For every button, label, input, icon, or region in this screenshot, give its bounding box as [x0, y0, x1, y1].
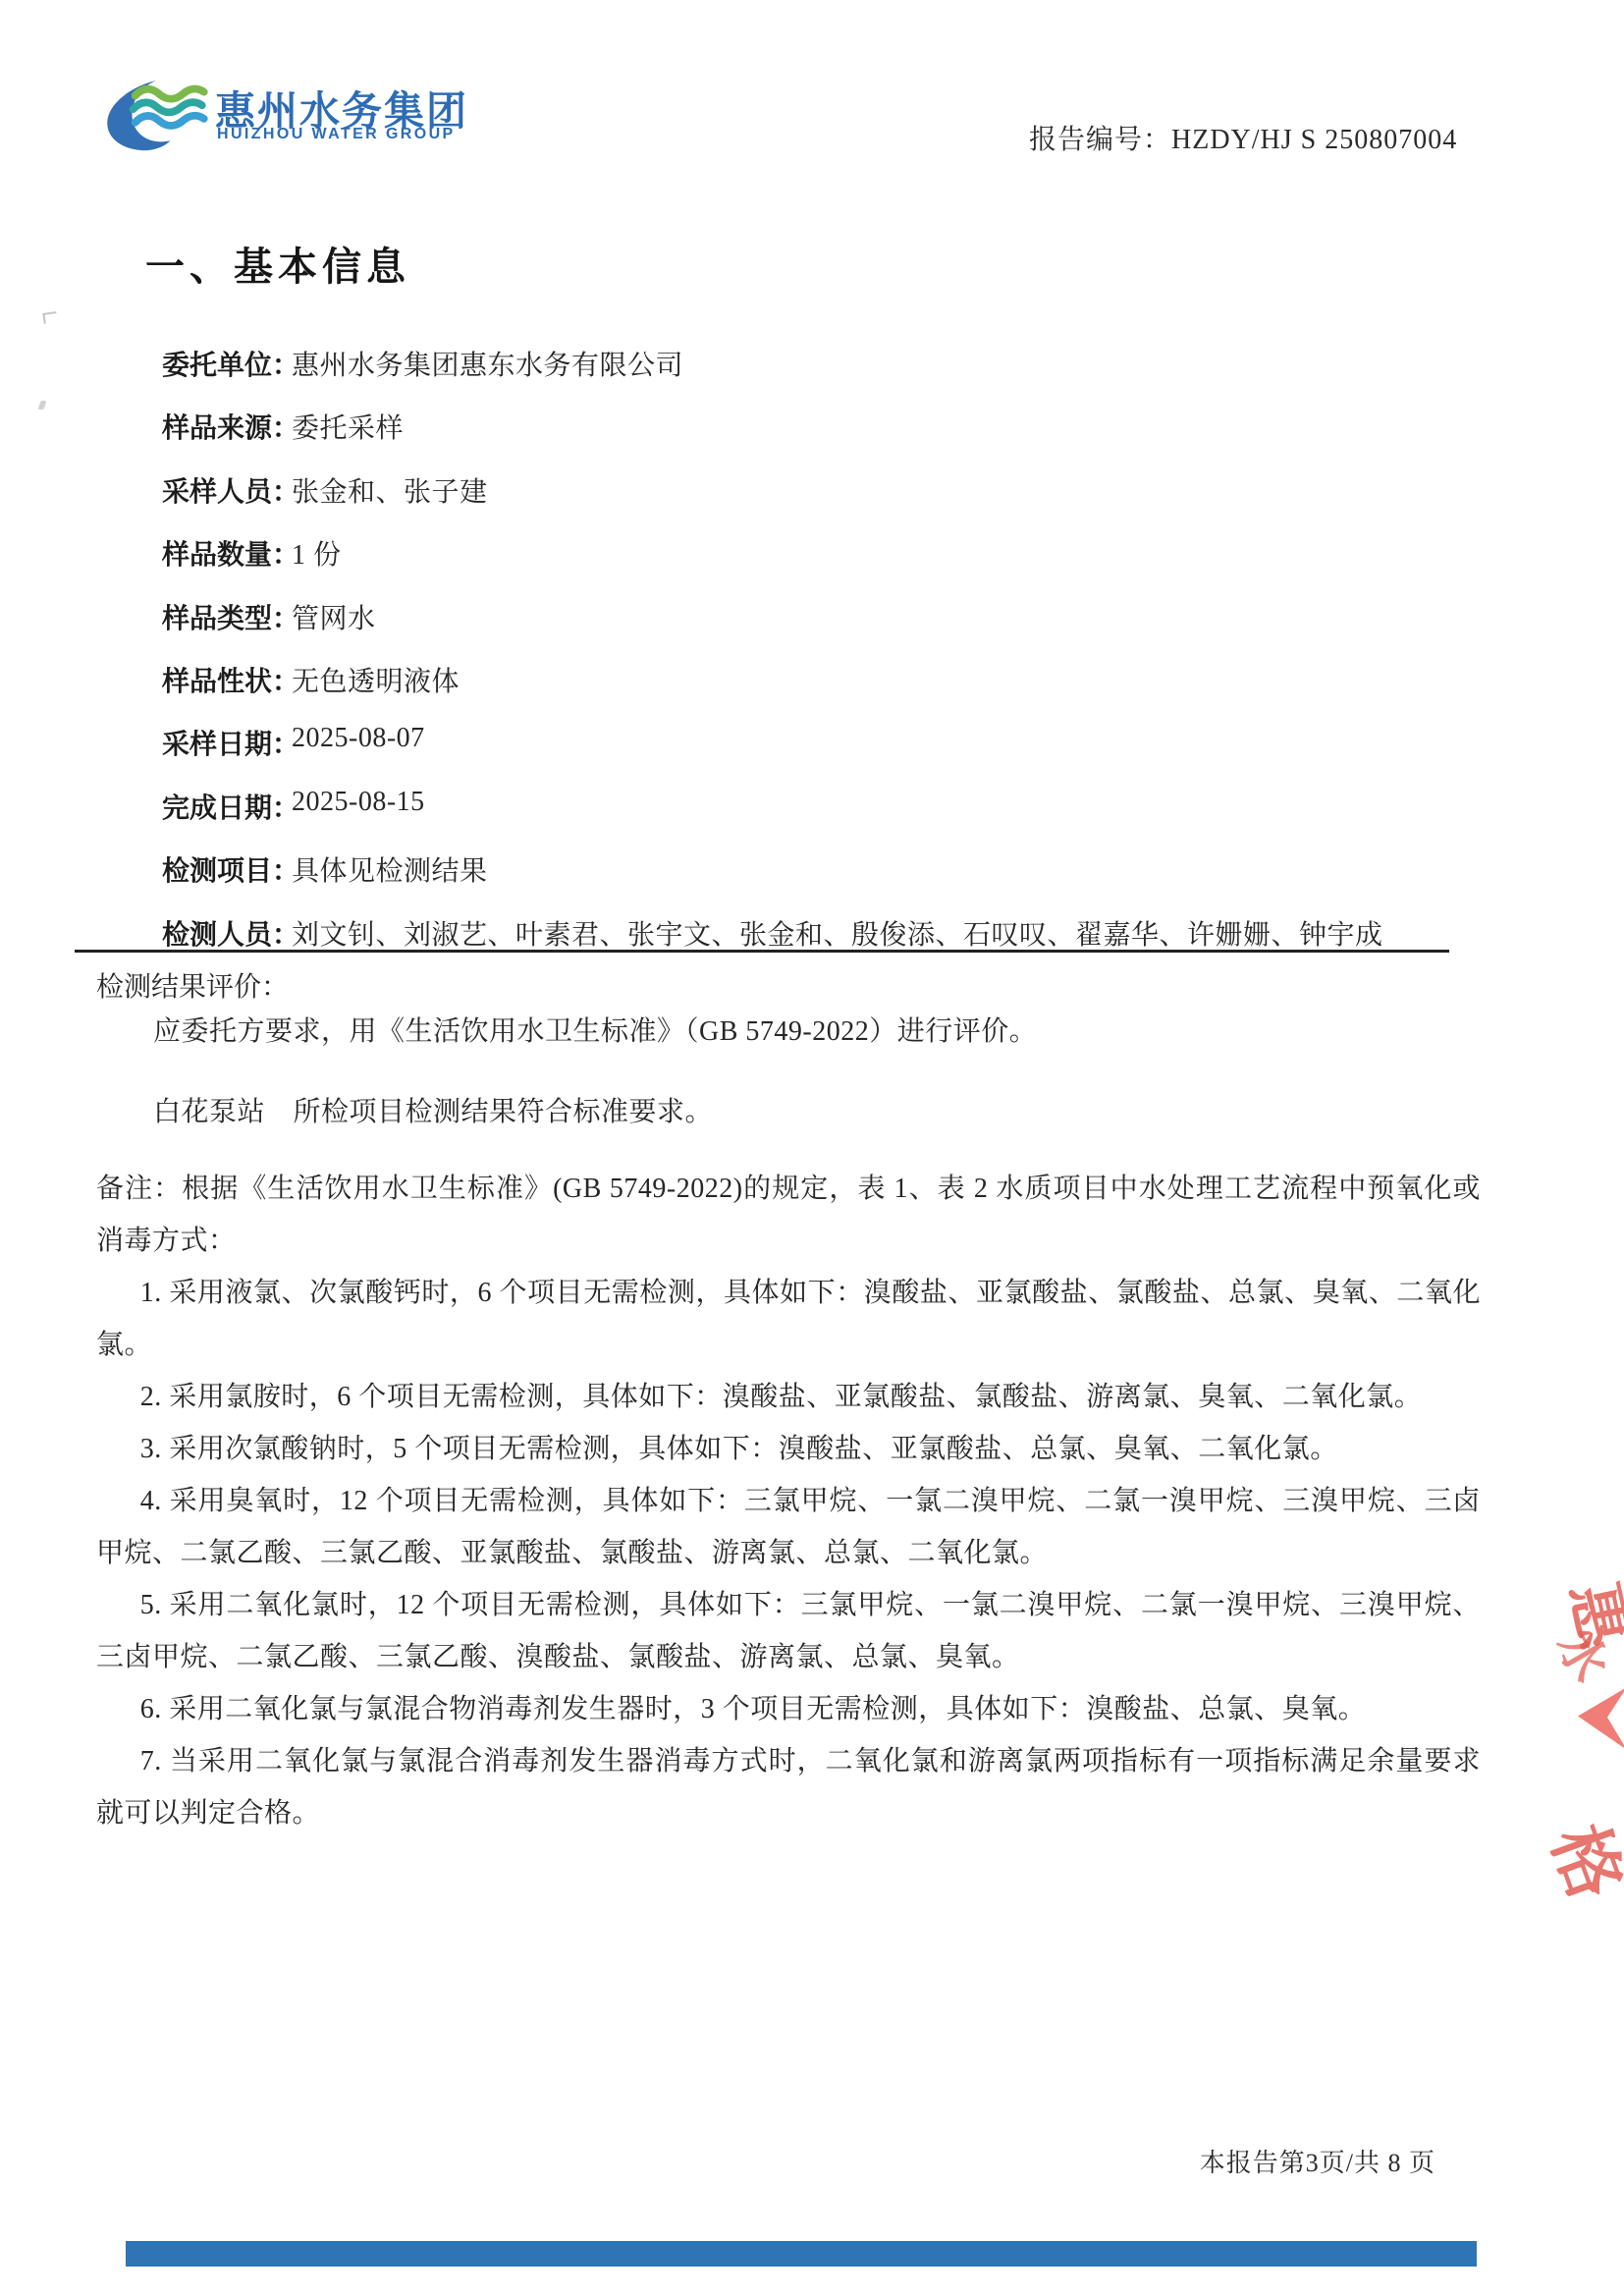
info-label: 样品类型：	[162, 597, 292, 636]
info-value: 管网水	[292, 597, 376, 636]
remarks-item: 3. 采用次氯酸钠时，5 个项目无需检测，具体如下：溴酸盐、亚氯酸盐、总氯、臭氧…	[96, 1423, 1481, 1475]
info-label: 采样人员：	[162, 470, 292, 510]
info-value: 委托采样	[292, 407, 404, 446]
table-row: 委托单位： 惠州水务集团惠东水务有限公司	[162, 344, 1468, 407]
info-label: 检测人员：	[162, 913, 292, 953]
info-label: 采样日期：	[162, 723, 292, 762]
evaluation-result-line: 白花泵站 所检项目检测结果符合标准要求。	[153, 1090, 713, 1129]
info-value: 2025-08-07	[292, 723, 425, 754]
table-row: 采样人员： 张金和、张子建	[162, 470, 1468, 533]
seal-arrow-fragment-icon	[1578, 1687, 1624, 1750]
huizhou-water-logo-icon	[101, 78, 212, 152]
report-number-label: 报告编号：	[1029, 125, 1171, 155]
basic-info-table: 委托单位： 惠州水务集团惠东水务有限公司 样品来源： 委托采样 采样人员： 张金…	[162, 344, 1468, 976]
table-row: 样品类型： 管网水	[162, 597, 1468, 660]
logo-wave-teal	[134, 102, 202, 112]
table-row: 检测人员： 刘文钊、刘淑艺、叶素君、张宇文、张金和、殷俊添、石叹叹、翟嘉华、许姗…	[162, 913, 1468, 976]
info-label: 检测项目：	[162, 849, 292, 889]
remarks-item: 4. 采用臭氧时，12 个项目无需检测，具体如下：三氯甲烷、一氯二溴甲烷、二氯一…	[96, 1475, 1481, 1579]
report-page: 惠州水务集团 HUIZHOU WATER GROUP 报告编号：HZDY/HJ …	[0, 0, 1624, 2296]
info-value: 2025-08-15	[292, 787, 425, 818]
remarks-item: 7. 当采用二氧化氯与氯混合消毒剂发生器消毒方式时，二氧化氯和游离氯两项指标有一…	[96, 1735, 1481, 1839]
evaluation-basis-line: 应委托方要求，用《生活饮用水卫生标准》（GB 5749-2022）进行评价。	[153, 1010, 1037, 1049]
footer-accent-bar	[126, 2241, 1477, 2267]
info-value: 无色透明液体	[292, 660, 460, 699]
seal-fragment-icon: 格	[1533, 1809, 1624, 1910]
scan-artifact	[42, 311, 57, 324]
report-number: 报告编号：HZDY/HJ S 250807004	[1029, 118, 1457, 157]
table-row: 检测项目： 具体见检测结果	[162, 849, 1468, 912]
remarks-item: 1. 采用液氯、次氯酸钙时，6 个项目无需检测，具体如下：溴酸盐、亚氯酸盐、氯酸…	[96, 1267, 1481, 1371]
remarks-item: 6. 采用二氧化氯与氯混合物消毒剂发生器时，3 个项目无需检测，具体如下：溴酸盐…	[96, 1683, 1481, 1735]
info-label: 完成日期：	[162, 787, 292, 826]
info-label: 委托单位：	[162, 344, 292, 383]
info-label: 样品性状：	[162, 660, 292, 699]
info-value: 张金和、张子建	[292, 470, 488, 510]
table-row: 样品数量： 1 份	[162, 533, 1468, 596]
logo-wave-blue	[135, 116, 204, 126]
scan-artifact	[38, 401, 47, 410]
page-number-footer: 本报告第3页/共 8 页	[1200, 2143, 1435, 2179]
info-label: 样品来源：	[162, 407, 292, 446]
remarks-block: 备注：根据《生活饮用水卫生标准》(GB 5749-2022)的规定，表 1、表 …	[96, 1163, 1481, 1839]
evaluation-heading: 检测结果评价：	[96, 965, 289, 1005]
table-bottom-rule	[75, 950, 1449, 953]
table-row: 样品来源： 委托采样	[162, 407, 1468, 469]
remarks-intro: 备注：根据《生活饮用水卫生标准》(GB 5749-2022)的规定，表 1、表 …	[96, 1163, 1481, 1267]
remarks-item: 2. 采用氯胺时，6 个项目无需检测，具体如下：溴酸盐、亚氯酸盐、氯酸盐、游离氯…	[96, 1371, 1481, 1423]
logo-wave-green	[135, 88, 204, 98]
table-row: 采样日期： 2025-08-07	[162, 723, 1468, 786]
table-row: 完成日期： 2025-08-15	[162, 787, 1468, 849]
section-title-basic-info: 一、基本信息	[145, 236, 410, 292]
table-row: 样品性状： 无色透明液体	[162, 660, 1468, 723]
report-number-value: HZDY/HJ S 250807004	[1171, 125, 1457, 155]
remarks-item: 5. 采用二氧化氯时，12 个项目无需检测，具体如下：三氯甲烷、一氯二溴甲烷、二…	[96, 1579, 1481, 1683]
info-value: 惠州水务集团惠东水务有限公司	[292, 344, 683, 383]
info-value: 1 份	[292, 533, 342, 573]
info-value: 刘文钊、刘淑艺、叶素君、张宇文、张金和、殷俊添、石叹叹、翟嘉华、许姗姗、钟宇成	[292, 913, 1383, 953]
info-value: 具体见检测结果	[292, 849, 488, 889]
logo-company-name-en: HUIZHOU WATER GROUP	[217, 126, 456, 143]
info-label: 样品数量：	[162, 533, 292, 573]
